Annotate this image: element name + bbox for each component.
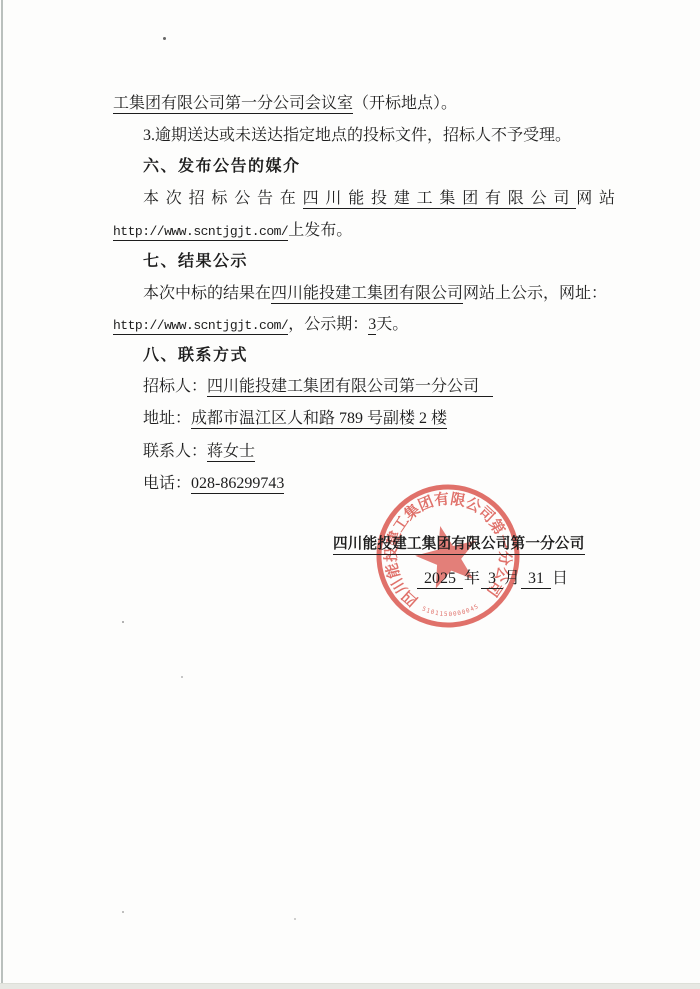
- contact-person-row: 联系人：蒋女士: [143, 443, 255, 461]
- scan-speck: [122, 621, 124, 623]
- result-url-mid: ，公示期：: [288, 316, 368, 333]
- date-month: 3: [481, 570, 503, 589]
- date-year: 2025: [417, 570, 463, 589]
- address-label: 地址：: [143, 410, 191, 427]
- date-day: 31: [521, 570, 551, 589]
- scan-bottom-edge: [0, 983, 700, 989]
- result-body-company: 四川能投建工集团有限公司: [271, 285, 463, 304]
- scan-left-edge: [1, 0, 3, 989]
- signature-company-text: 四川能投建工集团有限公司第一分公司: [333, 536, 585, 552]
- heading-section-6: 六、发布公告的媒介: [143, 158, 301, 176]
- media-body-post: 网站: [576, 190, 622, 207]
- date-day-unit: 日: [551, 570, 569, 587]
- bidder-label: 招标人：: [143, 378, 207, 395]
- signature-date: 2025年3月31日: [417, 570, 569, 588]
- company-seal-stamp: 四川能投建工集团有限公司第一分公司 5101150000045: [373, 481, 523, 631]
- result-body-post: 网站上公示，网址：: [463, 285, 607, 302]
- scanned-document-page: { "document": { "intro_line": { "underli…: [0, 0, 700, 989]
- scan-speck: [181, 676, 183, 678]
- company-seal-svg: 四川能投建工集团有限公司第一分公司 5101150000045: [373, 481, 523, 631]
- paragraph-result-url: http://www.scntjgjt.com/，公示期：3天。: [113, 316, 408, 334]
- contact-phone-row: 电话：028-86299743: [143, 475, 284, 493]
- heading-section-7: 七、结果公示: [143, 253, 248, 271]
- paragraph-result-body: 本次中标的结果在四川能投建工集团有限公司网站上公示，网址：: [143, 285, 607, 303]
- contact-person-label: 联系人：: [143, 443, 207, 460]
- phone-label: 电话：: [143, 475, 191, 492]
- heading-section-8: 八、联系方式: [143, 347, 248, 365]
- media-body-pre: 本次招标公告在: [143, 190, 303, 207]
- contact-person-value: 蒋女士: [207, 443, 255, 462]
- media-url-post: 上发布。: [288, 222, 352, 239]
- paragraph-media-body: 本次招标公告在四川能投建工集团有限公司网站: [143, 190, 622, 208]
- scan-speck: [122, 911, 124, 913]
- scan-speck: [294, 918, 296, 920]
- phone-value: 028-86299743: [191, 475, 284, 494]
- paragraph-rule3: 3.逾期送达或未送达指定地点的投标文件，招标人不予受理。: [143, 127, 571, 145]
- contact-bidder-row: 招标人：四川能投建工集团有限公司第一分公司: [143, 378, 493, 396]
- contact-address-row: 地址：成都市温江区人和路 789 号副楼 2 楼: [143, 410, 447, 428]
- result-body-pre: 本次中标的结果在: [143, 285, 271, 302]
- result-days-post: 天。: [376, 316, 408, 333]
- media-url: http://www.scntjgjt.com/: [113, 224, 288, 241]
- heading-section-7-text: 七、结果公示: [143, 253, 248, 270]
- address-value: 成都市温江区人和路 789 号副楼 2 楼: [191, 410, 447, 429]
- seal-code-text: 5101150000045: [420, 601, 481, 620]
- media-body-company: 四川能投建工集团有限公司: [303, 190, 577, 209]
- heading-section-6-text: 六、发布公告的媒介: [143, 158, 301, 175]
- paragraph-open-location: 工集团有限公司第一分公司会议室（开标地点）。: [113, 95, 457, 113]
- rule3-text: 3.逾期送达或未送达指定地点的投标文件，招标人不予受理。: [143, 127, 571, 144]
- date-year-unit: 年: [463, 570, 481, 587]
- open-location-underlined: 工集团有限公司第一分公司会议室: [113, 95, 353, 114]
- result-url: http://www.scntjgjt.com/: [113, 318, 288, 335]
- open-location-rest: （开标地点）。: [353, 95, 457, 112]
- heading-section-8-text: 八、联系方式: [143, 347, 248, 364]
- scan-speck: [163, 37, 166, 40]
- paragraph-media-url: http://www.scntjgjt.com/上发布。: [113, 222, 352, 240]
- bidder-value: 四川能投建工集团有限公司第一分公司: [207, 378, 493, 397]
- date-month-unit: 月: [503, 570, 521, 587]
- signature-company: 四川能投建工集团有限公司第一分公司: [333, 536, 585, 555]
